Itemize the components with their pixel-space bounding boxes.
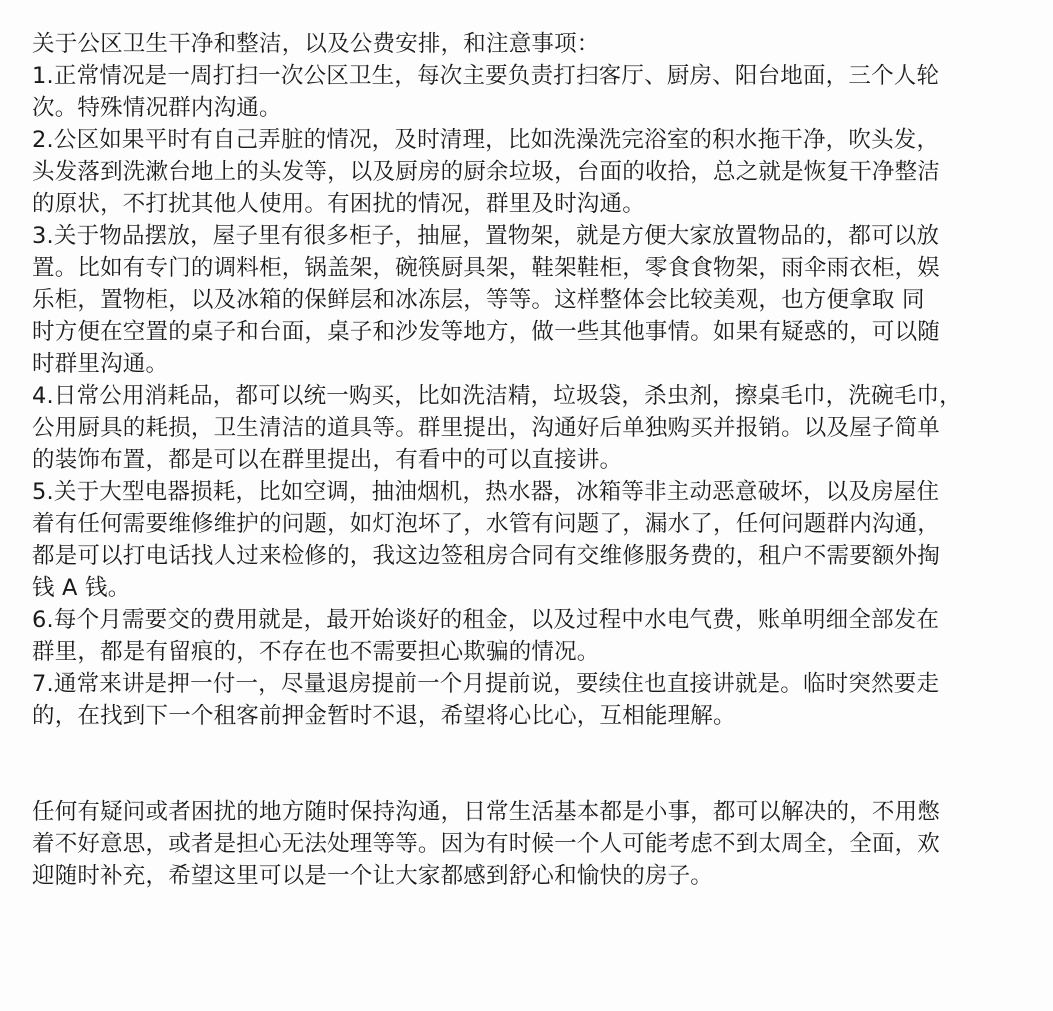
rule-line: 置。比如有专门的调料柜，锅盖架，碗筷厨具架，鞋架鞋柜，零食食物架，雨伞雨衣柜，娱 <box>32 252 977 284</box>
rule-line: 公用厨具的耗损，卫生清洁的道具等。群里提出，沟通好后单独购买并报销。以及屋子简单 <box>32 412 977 444</box>
closing-paragraph: 任何有疑问或者困扰的地方随时保持沟通，日常生活基本都是小事，都可以解决的，不用憋… <box>32 796 977 892</box>
rule-line: 5.关于大型电器损耗，比如空调，抽油烟机，热水器，冰箱等非主动恶意破坏，以及房屋… <box>32 476 977 508</box>
rule-line: 着有任何需要维修维护的问题，如灯泡坏了，水管有问题了，漏水了，任何问题群内沟通， <box>32 508 977 540</box>
rule-line: 7.通常来讲是押一付一，尽量退房提前一个月提前说，要续住也直接讲就是。临时突然要… <box>32 668 977 700</box>
rule-line: 4.日常公用消耗品，都可以统一购买，比如洗洁精，垃圾袋，杀虫剂，擦桌毛巾，洗碗毛… <box>32 380 977 412</box>
document-body: 关于公区卫生干净和整洁，以及公费安排，和注意事项： 1.正常情况是一周打扫一次公… <box>32 28 977 892</box>
rule-line: 钱 A 钱。 <box>32 572 977 604</box>
rule-line: 6.每个月需要交的费用就是，最开始谈好的租金，以及过程中水电气费，账单明细全部发… <box>32 604 977 636</box>
rule-line: 头发落到洗漱台地上的头发等，以及厨房的厨余垃圾，台面的收拾，总之就是恢复干净整洁 <box>32 156 977 188</box>
closing-line: 迎随时补充，希望这里可以是一个让大家都感到舒心和愉快的房子。 <box>32 860 977 892</box>
document-title: 关于公区卫生干净和整洁，以及公费安排，和注意事项： <box>32 28 977 60</box>
rule-item-1: 1.正常情况是一周打扫一次公区卫生，每次主要负责打扫客厅、厨房、阳台地面，三个人… <box>32 60 977 124</box>
rule-line: 次。特殊情况群内沟通。 <box>32 92 977 124</box>
rule-line: 2.公区如果平时有自己弄脏的情况，及时清理，比如洗澡洗完浴室的积水拖干净，吹头发… <box>32 124 977 156</box>
rule-line: 3.关于物品摆放，屋子里有很多柜子，抽屉，置物架，就是方便大家放置物品的，都可以… <box>32 220 977 252</box>
closing-line: 任何有疑问或者困扰的地方随时保持沟通，日常生活基本都是小事，都可以解决的，不用憋 <box>32 796 977 828</box>
rule-line: 乐柜，置物柜，以及冰箱的保鲜层和冰冻层，等等。这样整体会比较美观，也方便拿取 同 <box>32 284 977 316</box>
rule-item-2: 2.公区如果平时有自己弄脏的情况，及时清理，比如洗澡洗完浴室的积水拖干净，吹头发… <box>32 124 977 220</box>
rule-line: 1.正常情况是一周打扫一次公区卫生，每次主要负责打扫客厅、厨房、阳台地面，三个人… <box>32 60 977 92</box>
rule-item-7: 7.通常来讲是押一付一，尽量退房提前一个月提前说，要续住也直接讲就是。临时突然要… <box>32 668 977 732</box>
rule-line: 的装饰布置，都是可以在群里提出，有看中的可以直接讲。 <box>32 444 977 476</box>
rule-line: 的原状，不打扰其他人使用。有困扰的情况，群里及时沟通。 <box>32 188 977 220</box>
rule-item-3: 3.关于物品摆放，屋子里有很多柜子，抽屉，置物架，就是方便大家放置物品的，都可以… <box>32 220 977 380</box>
closing-line: 着不好意思，或者是担心无法处理等等。因为有时候一个人可能考虑不到太周全，全面，欢 <box>32 828 977 860</box>
rule-line: 群里，都是有留痕的，不存在也不需要担心欺骗的情况。 <box>32 636 977 668</box>
rule-line: 时方便在空置的桌子和台面，桌子和沙发等地方，做一些其他事情。如果有疑惑的，可以随 <box>32 316 977 348</box>
rule-line: 的，在找到下一个租客前押金暂时不退，希望将心比心，互相能理解。 <box>32 700 977 732</box>
rule-item-6: 6.每个月需要交的费用就是，最开始谈好的租金，以及过程中水电气费，账单明细全部发… <box>32 604 977 668</box>
paragraph-spacer <box>32 732 977 796</box>
rule-line: 都是可以打电话找人过来检修的，我这边签租房合同有交维修服务费的，租户不需要额外掏 <box>32 540 977 572</box>
rule-item-4: 4.日常公用消耗品，都可以统一购买，比如洗洁精，垃圾袋，杀虫剂，擦桌毛巾，洗碗毛… <box>32 380 977 476</box>
rule-line: 时群里沟通。 <box>32 348 977 380</box>
rule-item-5: 5.关于大型电器损耗，比如空调，抽油烟机，热水器，冰箱等非主动恶意破坏，以及房屋… <box>32 476 977 604</box>
